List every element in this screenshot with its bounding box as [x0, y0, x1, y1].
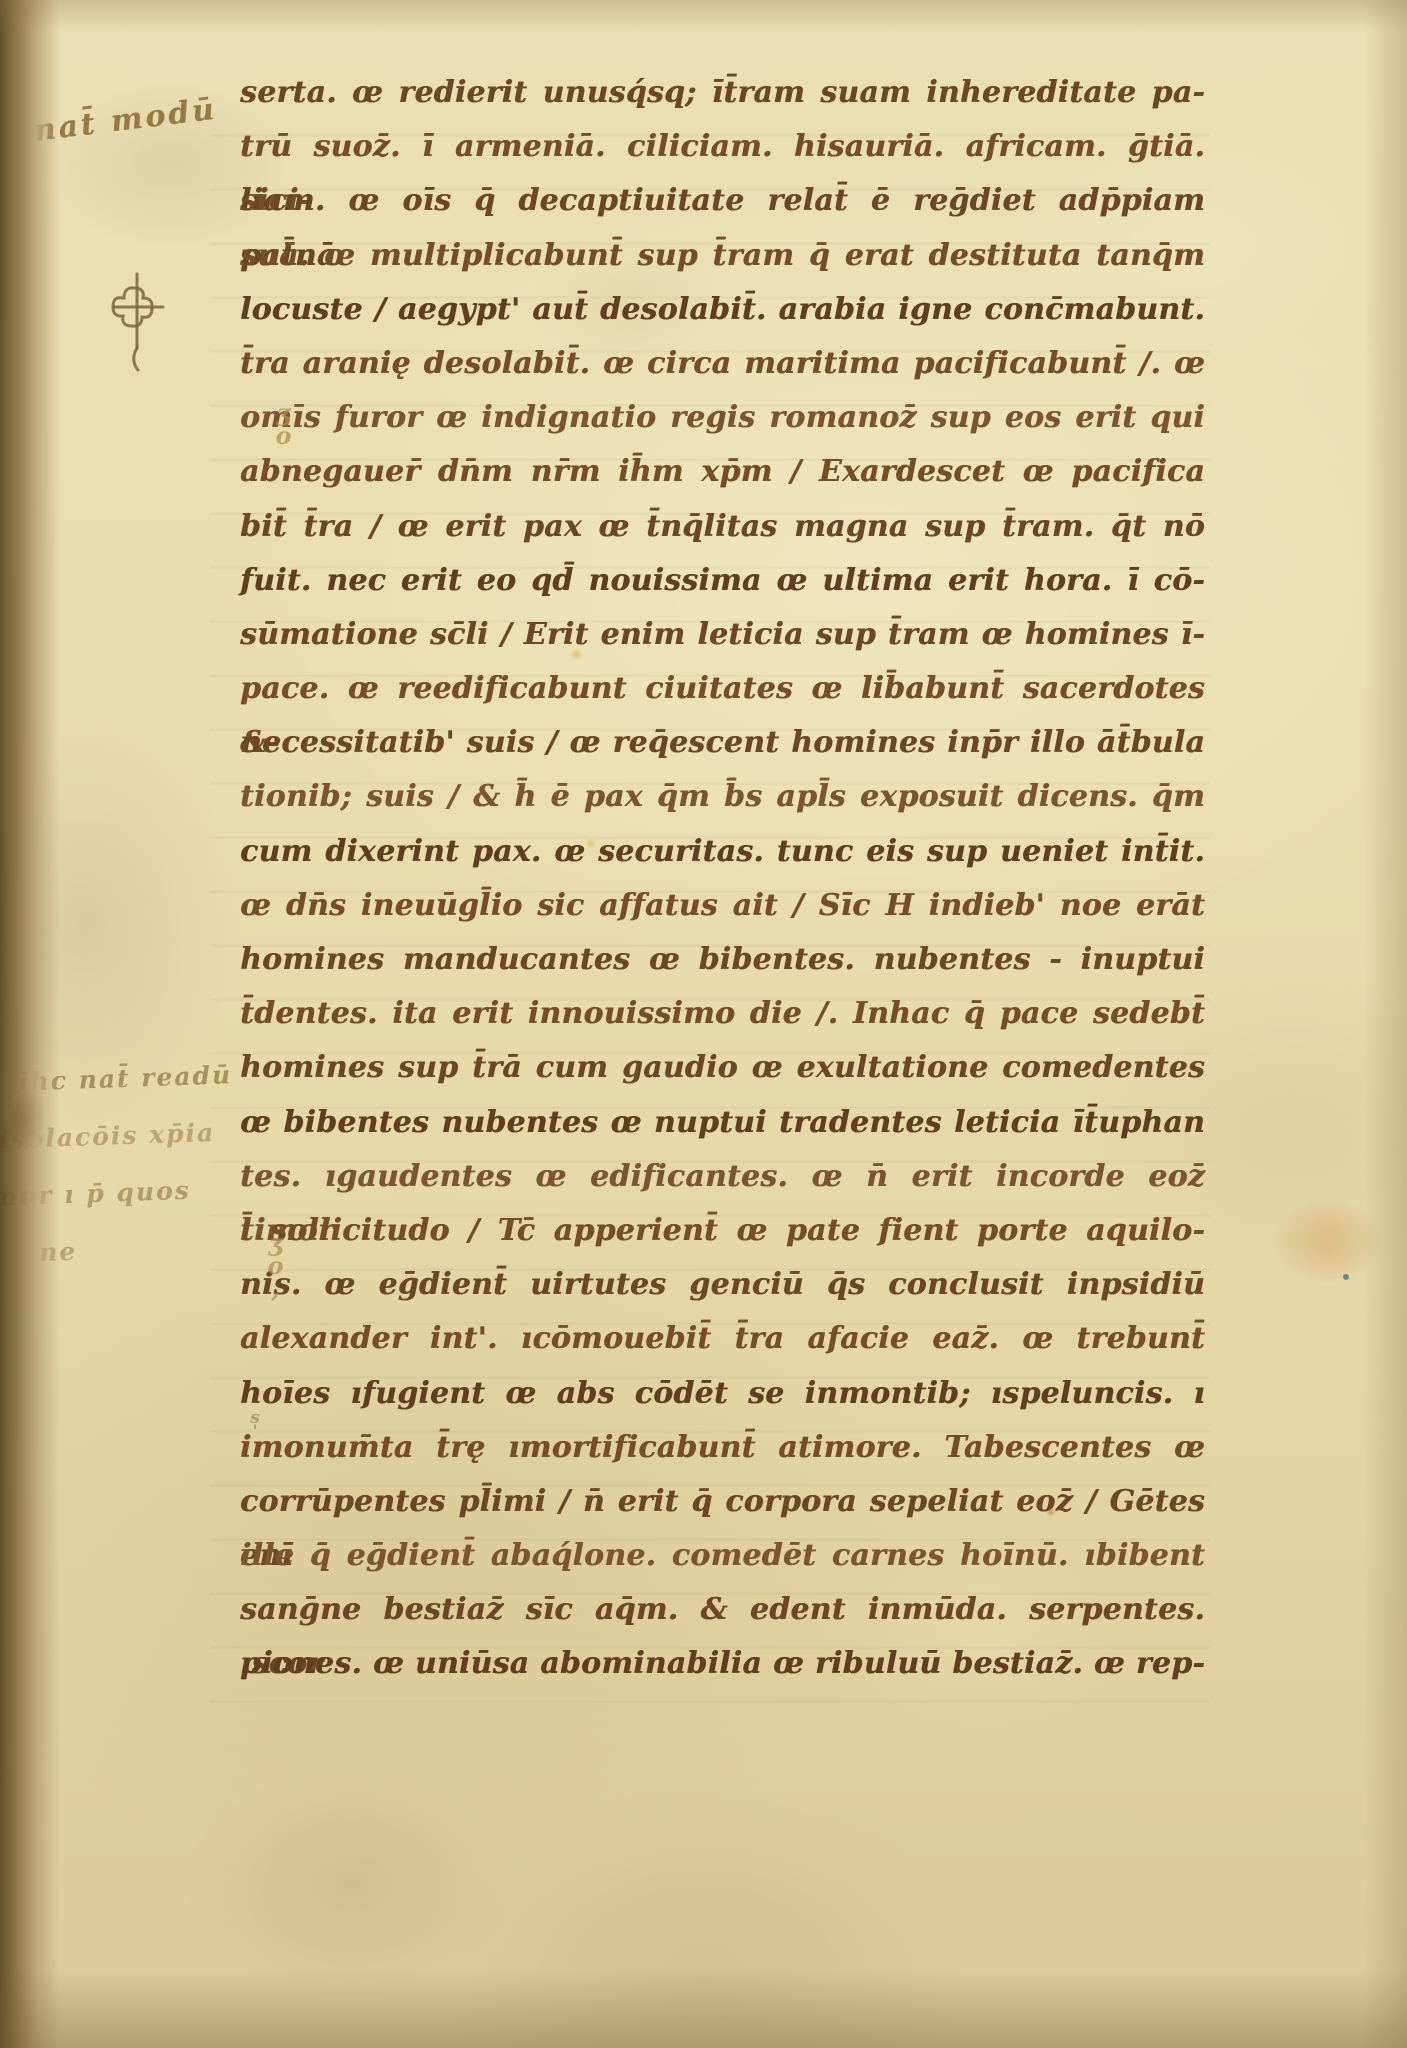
cross-doodle-icon: [102, 268, 174, 372]
text-line: t̄ra aranię desolabit̄. œ circa maritima…: [240, 337, 1205, 391]
text-block: serta. œ redierit unusq́sq; īt̄ram suam …: [240, 66, 1205, 1692]
text-line: l̄ sollicitudo / Tc̄ apperient̄ œ pate f…: [240, 1204, 1205, 1258]
side-note-line: ne: [38, 1217, 254, 1281]
text-line: necessitatib' suis / œ req̄escent homine…: [240, 716, 1205, 770]
side-note-line: ihc nat̄ readū: [18, 1046, 248, 1111]
text-line: ille q̄ eḡdient̄ abaq́lone. comedēt carn…: [240, 1529, 1205, 1583]
page-gutter-shadow: [0, 0, 60, 2048]
margin-paragraph-mark: ʒo,: [248, 1228, 288, 1348]
text-line: corrūpentes pl̄imi / n̄ erit q̄ corpora …: [240, 1475, 1205, 1529]
text-line: locuste / aegypt' aut̄ desolabit̄. arabi…: [240, 283, 1205, 337]
text-line: alexander int'. ıcōmouebit̄ t̄ra afacie …: [240, 1312, 1205, 1366]
text-line: tes. ıgaudentes œ edificantes. œ n̄ erit…: [240, 1150, 1205, 1204]
text-line: t̄dentes. ita erit innouissimo die /. In…: [240, 987, 1205, 1041]
stain-orange: [1272, 1198, 1382, 1284]
text-line: hoīes ıfugient œ abs cōdēt se inmontib; …: [240, 1367, 1205, 1421]
text-line: nis. œ eḡdient̄ uirtutes genciū q̄s conc…: [240, 1258, 1205, 1312]
text-line: tionib; suis / & h̄ ē pax q̄m b̄s apl̄s …: [240, 770, 1205, 824]
text-line: bit̄ t̄ra / œ erit pax œ t̄nq̄litas magn…: [240, 500, 1205, 554]
margin-side-notes: ihc nat̄ readū dsolacōis xp̄ia mor ı p̄ …: [0, 1046, 254, 1283]
margin-small-mark: s': [228, 1408, 268, 1456]
text-line: fuit. nec erit eo qd̄ nouissima œ ultima…: [240, 554, 1205, 608]
manuscript-page: serta. œ redierit unusq́sq; īt̄ram suam …: [0, 0, 1407, 2048]
text-line: suā. œ multiplicabunt̄ sup t̄ram q̄ erat…: [240, 229, 1205, 283]
text-line: serta. œ redierit unusq́sq; īt̄ram suam …: [240, 66, 1205, 120]
text-line: sanḡne bestiaz̄ sīc aq̄m. & edent inmūda…: [240, 1583, 1205, 1637]
text-line: piones. œ uniūsa abominabilia œ ribuluū …: [240, 1637, 1205, 1691]
stain-red: [1046, 1508, 1056, 1517]
text-line: œ bibentes nubentes œ nuptui tradentes l…: [240, 1096, 1205, 1150]
text-line: pace. œ reedificabunt ciuitates œ lib̄ab…: [240, 662, 1205, 716]
text-line: cum dixerint pax. œ securitas. tunc eis …: [240, 825, 1205, 879]
side-note-line: mor ı p̄ quos: [0, 1160, 252, 1226]
text-line: trū suoz̄. ī armeniā. ciliciam. hisauriā…: [240, 120, 1205, 174]
text-line: homines sup t̄rā cum gaudio œ exultation…: [240, 1041, 1205, 1095]
stain-yellow: [570, 648, 583, 661]
stain-yellow: [585, 838, 596, 849]
text-line: abnegauer̄ dn̄m nr̄m ih̄m xp̄m / Exardes…: [240, 445, 1205, 499]
text-line: œ dn̄s ineuūgl̄io sic affatus ait / Sīc …: [240, 879, 1205, 933]
text-line: homines manducantes œ bibentes. nubentes…: [240, 933, 1205, 987]
margin-paragraph-mark: ʒo: [256, 398, 296, 508]
text-line: liam. œ oīs q̄ decaptiuitate relat̄ ē re…: [240, 174, 1205, 228]
margin-note-top: nat̄ modū: [32, 86, 265, 149]
text-line: sūmatione sc̄li / Erit enim leticia sup …: [240, 608, 1205, 662]
speck-blue: [1343, 1274, 1349, 1280]
text-line: omīs furor œ indignatio regis romanoz̄ s…: [240, 391, 1205, 445]
text-line: imonum̄ta t̄rę ımortificabunt̄ atimore. …: [240, 1421, 1205, 1475]
